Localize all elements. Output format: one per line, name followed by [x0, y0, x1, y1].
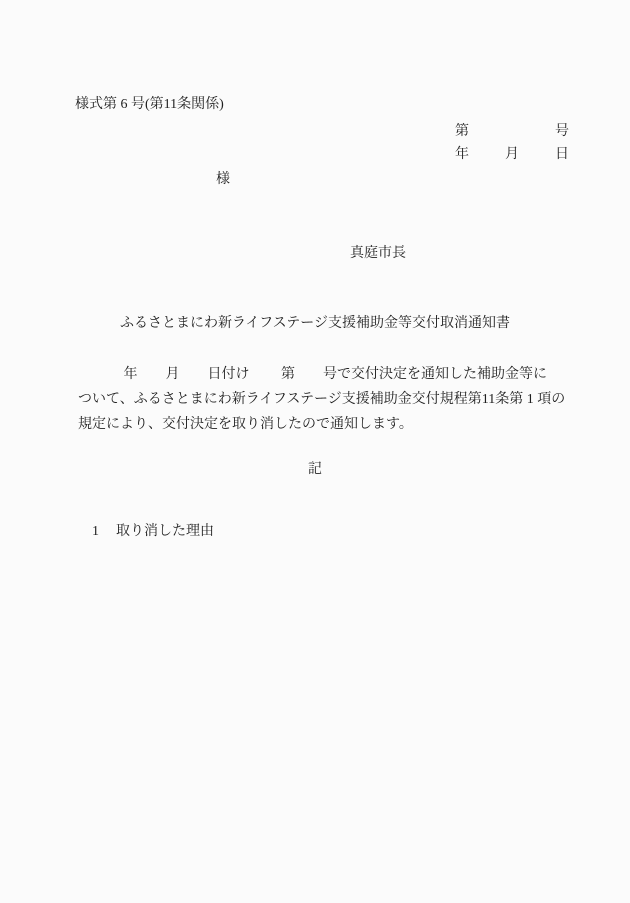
sender-title: 真庭市長: [350, 246, 406, 262]
form-number: 様式第 6 号(第11条関係): [75, 97, 224, 113]
issue-date-day: 日: [555, 147, 569, 163]
issue-date-year: 年: [455, 147, 469, 163]
list-item-text: 取り消した理由: [116, 524, 214, 539]
addressee-honorific: 様: [216, 172, 230, 188]
record-heading: 記: [0, 462, 630, 478]
body-line-3: 規定により、交付決定を取り消したので通知します。: [78, 412, 578, 437]
issue-number-line: 第 号: [455, 124, 569, 140]
document-page: 様式第 6 号(第11条関係) 第 号 年 月 日 様 真庭市長 ふるさとまにわ…: [0, 0, 630, 903]
issue-number-suffix: 号: [555, 124, 569, 140]
document-title: ふるさとまにわ新ライフステージ支援補助金等交付取消通知書: [0, 316, 630, 332]
body-line-2: ついて、ふるさとまにわ新ライフステージ支援補助金交付規程第11条第 1 項の: [78, 387, 578, 412]
list-item-number: 1: [92, 524, 99, 539]
issue-date-line: 年 月 日: [455, 147, 569, 163]
body-line-1: 年 月 日付け 第 号で交付決定を通知した補助金等に: [78, 362, 578, 387]
issue-number-prefix: 第: [455, 124, 469, 140]
body-paragraph: 年 月 日付け 第 号で交付決定を通知した補助金等に ついて、ふるさとまにわ新ラ…: [78, 362, 578, 437]
list-item-reason: 1取り消した理由: [78, 508, 214, 556]
issue-date-month: 月: [505, 147, 519, 163]
